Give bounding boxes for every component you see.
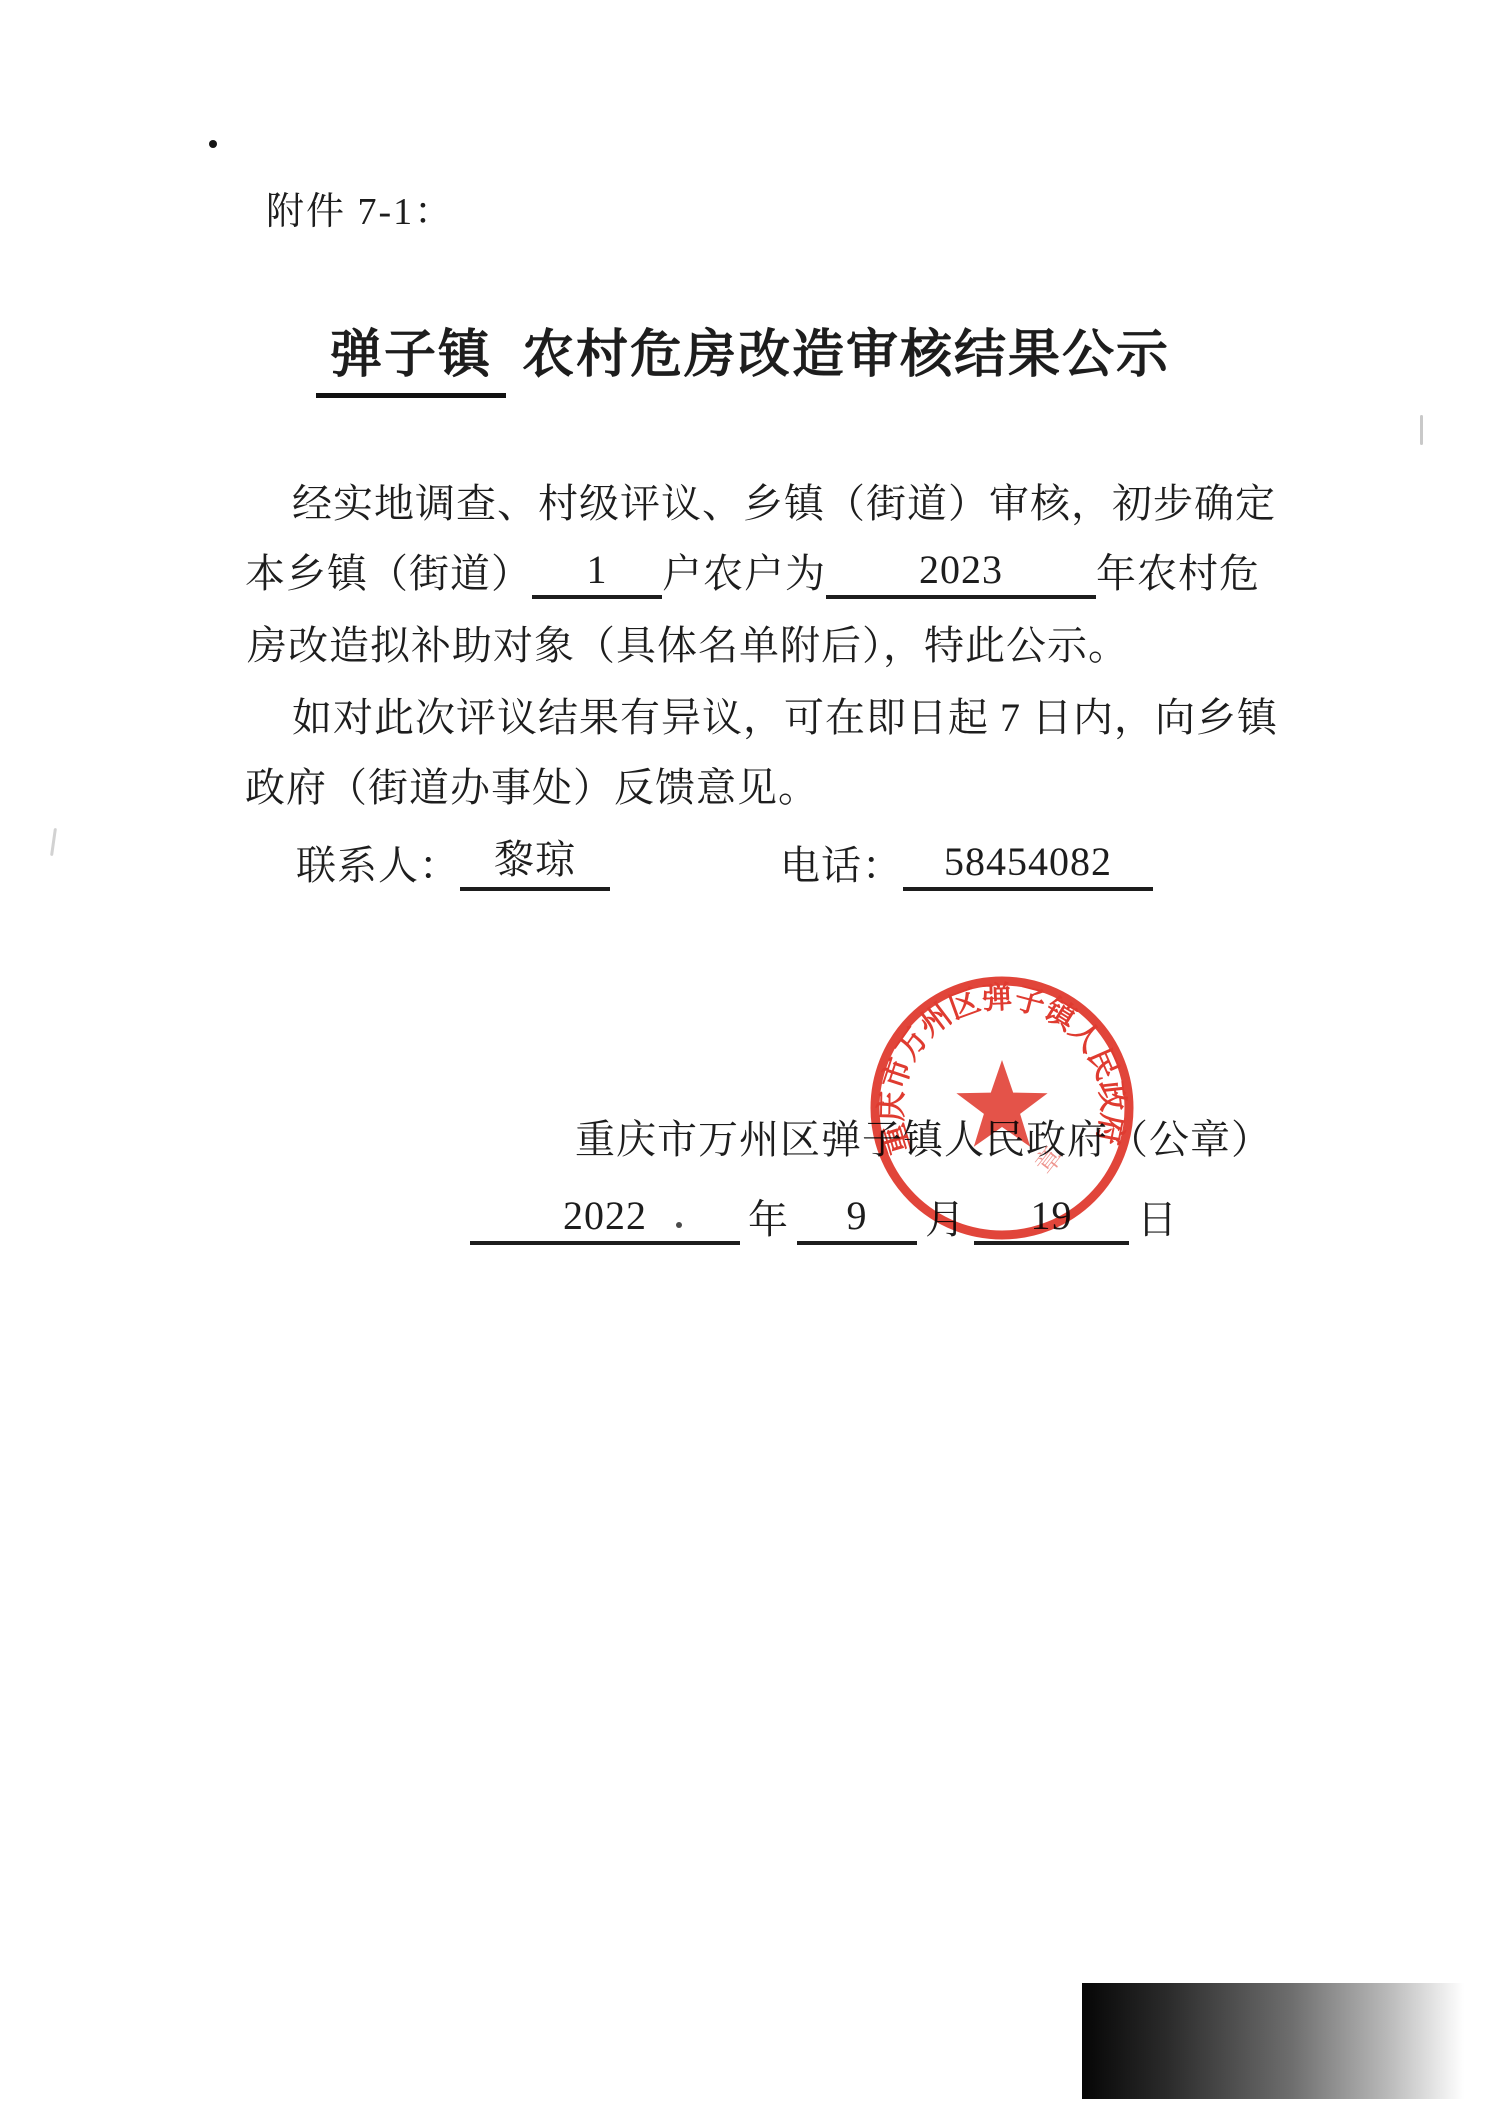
scan-artifact-right <box>1420 415 1423 445</box>
date-day-blank: 19 <box>974 1192 1129 1245</box>
body-line-5: 政府（街道办事处）反馈意见。 <box>245 756 819 813</box>
date-year-blank: 2022 <box>470 1192 740 1245</box>
document-title: 弹子镇农村危房改造审核结果公示 <box>316 312 1170 398</box>
contact-name-label: 联系人： <box>296 843 460 888</box>
signature-org: 重庆市万州区弹子镇人民政府（公章） <box>575 1108 1272 1165</box>
attachment-label: 附件 7-1： <box>266 180 454 235</box>
scanned-document-page: 附件 7-1： 弹子镇农村危房改造审核结果公示 经实地调查、村级评议、乡镇（街道… <box>0 0 1487 2105</box>
line2-prefix: 本乡镇（街道） <box>245 551 532 596</box>
contact-line: 联系人：黎琼电话：58454082 <box>296 828 1153 891</box>
title-text: 农村危房改造审核结果公示 <box>522 327 1170 384</box>
line2-mid: 户农户为 <box>662 551 826 596</box>
contact-name-blank: 黎琼 <box>460 828 610 891</box>
scan-gradient-bar <box>1082 1983 1464 2099</box>
body-line-3: 房改造拟补助对象（具体名单附后），特此公示。 <box>247 614 1129 671</box>
signature-date-line: 2022年9月19日 <box>470 1188 1186 1245</box>
date-month-unit: 月 <box>925 1188 966 1245</box>
body-line-1: 经实地调查、村级评议、乡镇（街道）审核，初步确定 <box>292 472 1276 529</box>
contact-phone-label: 电话： <box>780 843 903 888</box>
households-blank: 1 <box>532 546 662 599</box>
contact-phone-blank: 58454082 <box>903 838 1153 891</box>
body-line-2: 本乡镇（街道）1户农户为2023年农村危 <box>245 542 1260 599</box>
date-year-unit: 年 <box>748 1188 789 1245</box>
line2-suffix: 年农村危 <box>1096 551 1260 596</box>
title-town-blank: 弹子镇 <box>316 312 506 398</box>
date-month-blank: 9 <box>797 1192 917 1245</box>
date-day-unit: 日 <box>1137 1188 1178 1245</box>
scan-speck-top <box>209 140 217 148</box>
scan-artifact-left <box>50 828 57 856</box>
body-line-4: 如对此次评议结果有异议，可在即日起 7 日内，向乡镇 <box>292 686 1278 743</box>
year-blank: 2023 <box>826 546 1096 599</box>
